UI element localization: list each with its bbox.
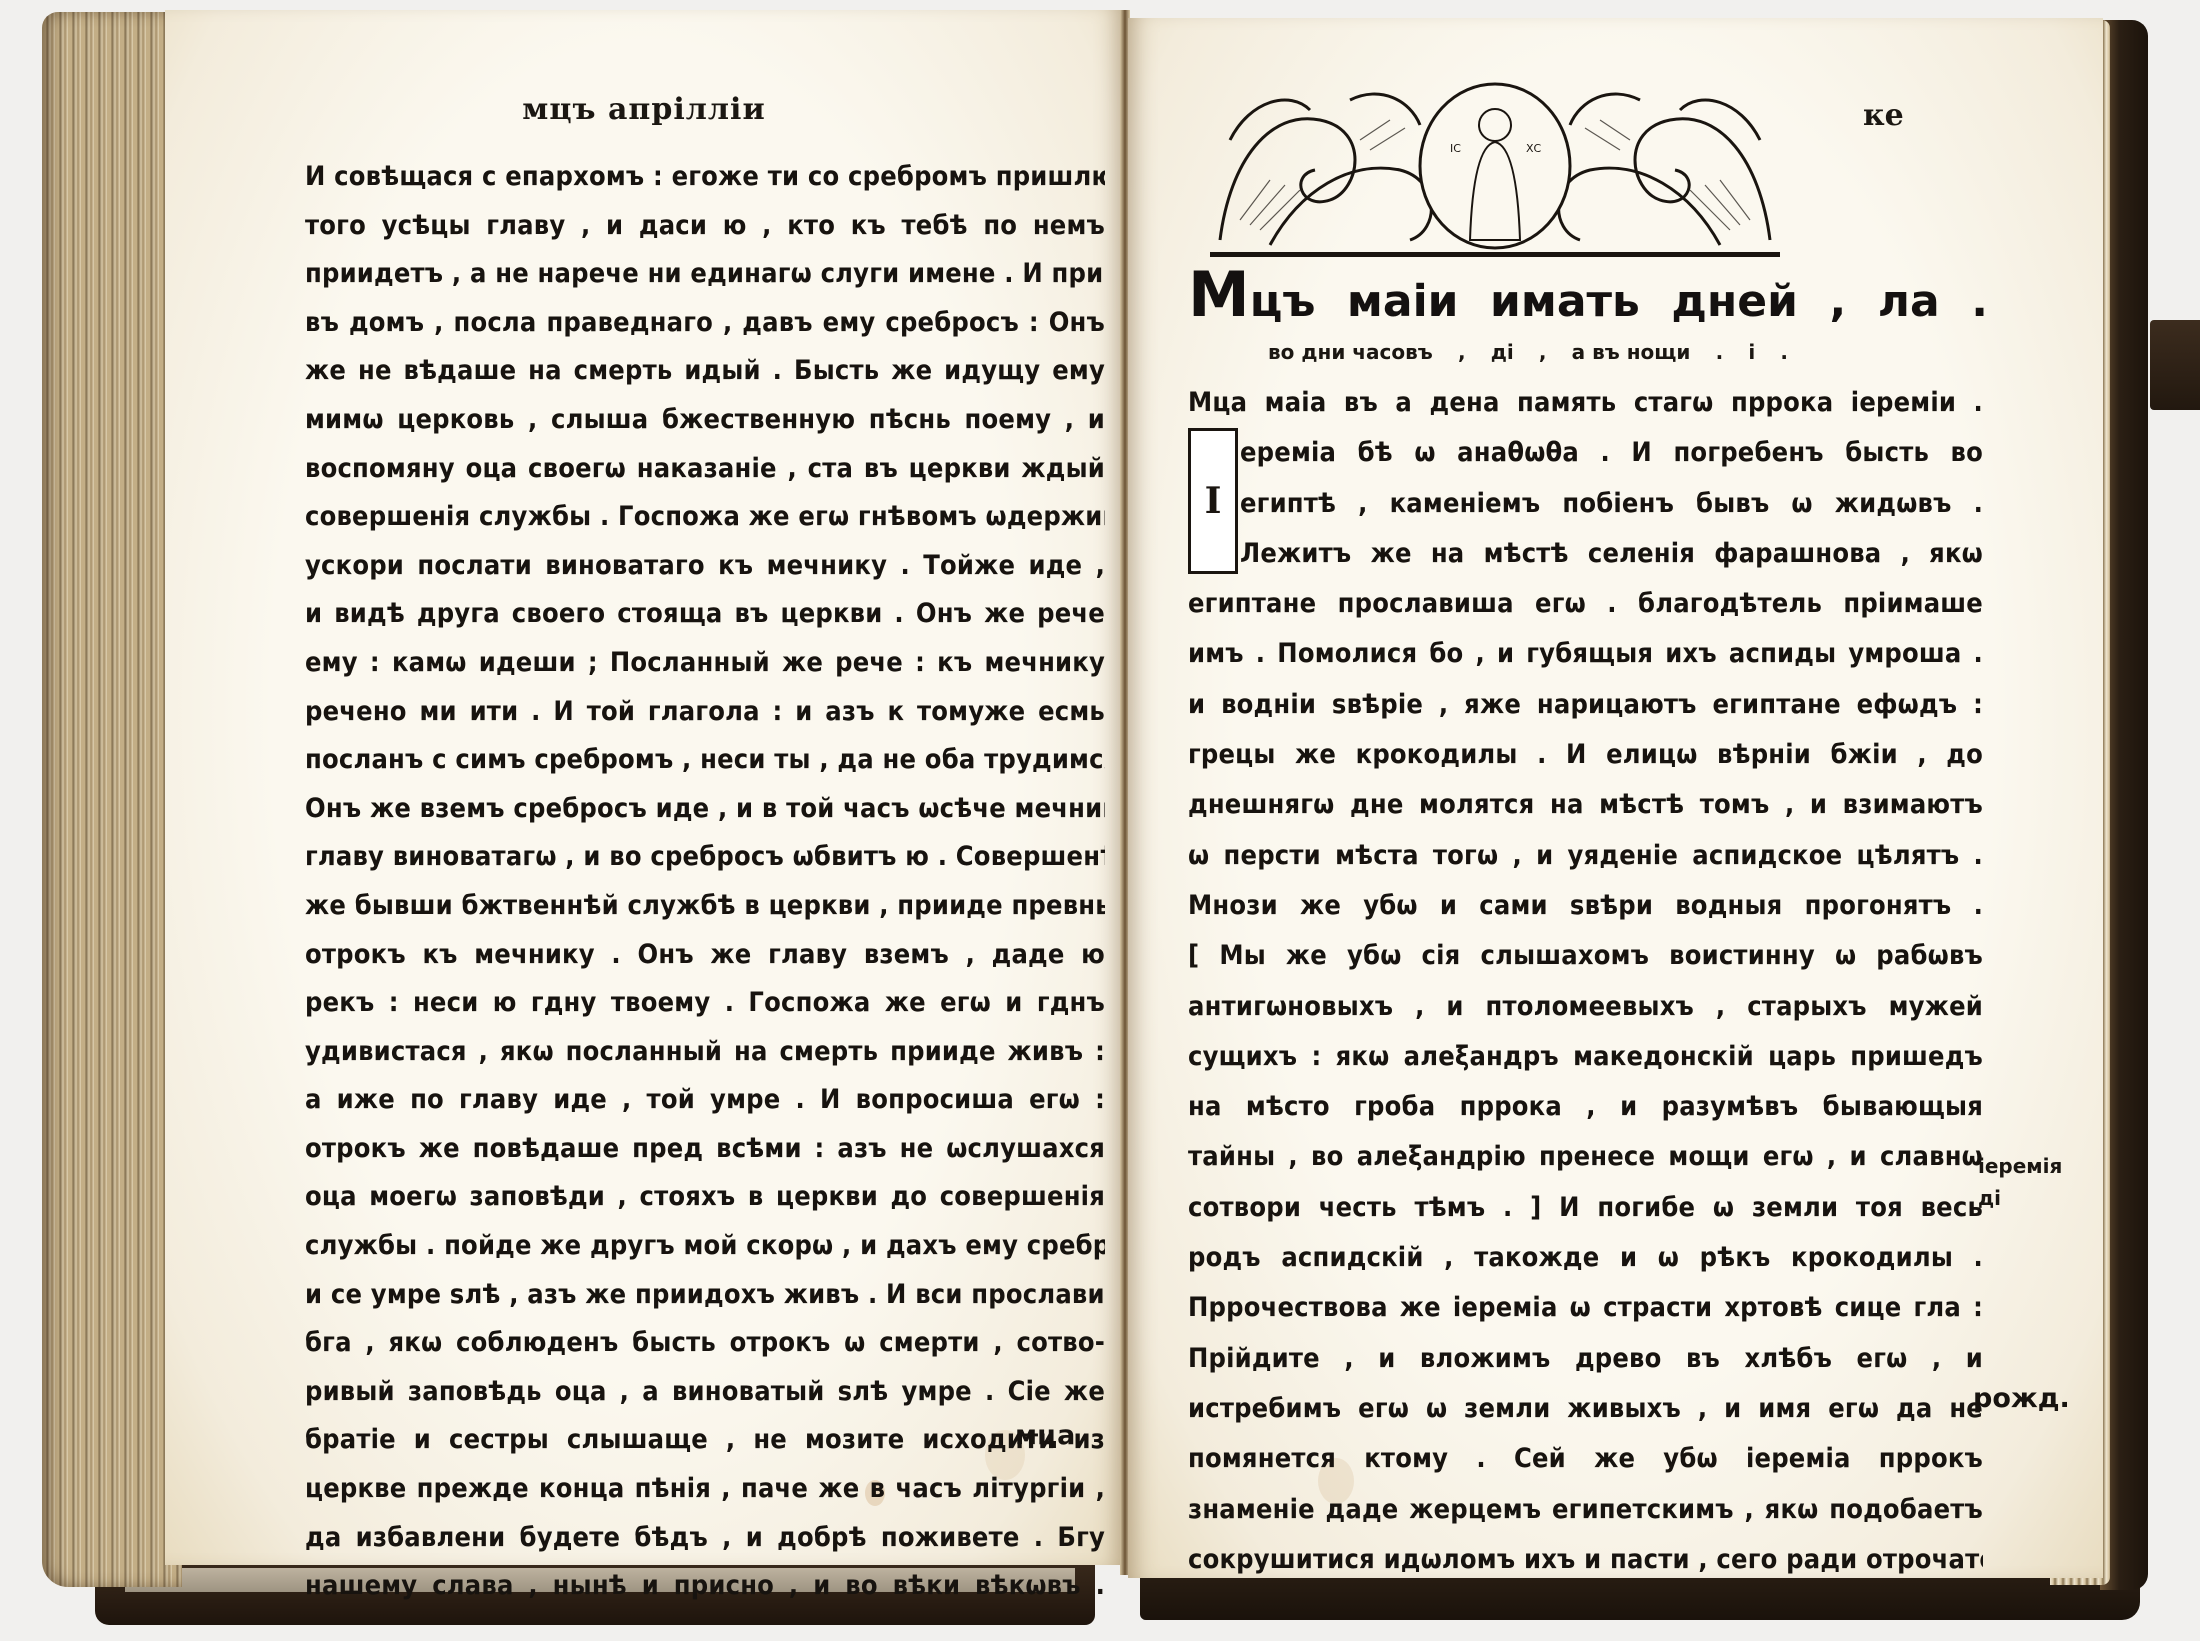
page-number: ке — [1863, 98, 1904, 133]
right-page: ІС ХС ке Мцъ маіи имать дней , ла . во д… — [1128, 18, 2103, 1578]
catchword: рожд. — [1973, 1383, 2070, 1414]
text-line: помянется ктому . Сей же убω іереміа прр… — [1188, 1434, 1983, 1484]
text-line: удивистася , якω посланный на смерть при… — [305, 1028, 1105, 1077]
catchword: мца — [1015, 1420, 1075, 1451]
text-line: же не вѣдаше на смерть идый . Бысть же и… — [305, 347, 1105, 396]
text-line: же бывши бжтвеннѣй службѣ в церкви , при… — [305, 882, 1105, 931]
text-line: братіе и сестры слышаще , не мозите исхо… — [305, 1416, 1105, 1465]
text-line: а иже по главу иде , той умре . И вопрос… — [305, 1076, 1105, 1125]
title-word: Мцъ — [1188, 258, 1315, 331]
text-line: [ Мы же убω сія слышахомъ воистинну ω ра… — [1188, 931, 1983, 981]
text-line: того усѣцы главу , и даси ю , кто къ теб… — [305, 202, 1105, 251]
text-line: оца моегω заповѣди , стояхъ в церкви до … — [305, 1173, 1105, 1222]
text-line: днешнягω дне молятся на мѣстѣ томъ , и в… — [1188, 780, 1983, 830]
text-line: тайны , во алеξандрію пренесе мощи егω ,… — [1188, 1132, 1983, 1182]
title-initial: М — [1188, 258, 1250, 331]
text-line: и видѣ друга своего стояща въ церкви . О… — [305, 590, 1105, 639]
text-line: речено ми ити . И той глагола : и азъ к … — [305, 688, 1105, 737]
text-line: службы . пойде же другъ мой скорω , и да… — [305, 1222, 1105, 1271]
text-line: ему : камω идеши ; Посланный же рече : к… — [305, 639, 1105, 688]
text-line: Прійдите , и вложимъ древо въ хлѣбъ егω … — [1188, 1334, 1983, 1384]
left-page-edges — [42, 12, 182, 1587]
left-page-text: И совѣщася с епархомъ : егоже ти со среб… — [305, 153, 1105, 1611]
text-line: совершенія службы . Госпожа же егω гнѣво… — [305, 493, 1105, 542]
text-line: Мца маіа въ а дена память стагω пррока і… — [1188, 378, 1983, 428]
text-line: имъ . Помолися бо , и губящыя ихъ аспиды… — [1188, 629, 1983, 679]
text-line: посланъ с симъ сребромъ , неси ты , да н… — [305, 736, 1105, 785]
text-line: Пррочествова же іереміа ω страсти хртовѣ… — [1188, 1283, 1983, 1333]
text-line: ереміа бѣ ω анаθωθа . И погребенъ бысть … — [1188, 428, 1983, 478]
book-photo: мцъ апрілліи И совѣщася с епархомъ : его… — [0, 0, 2200, 1641]
text-line: приидетъ , а не нарече ни единагω слуги … — [305, 250, 1105, 299]
text-line: И совѣщася с епархомъ : егоже ти со среб… — [305, 153, 1105, 202]
text-line: истребимъ егω ω земли живыхъ , и имя егω… — [1188, 1384, 1983, 1434]
text-line: родъ аспидскій , такожде и ω рѣкъ крокод… — [1188, 1233, 1983, 1283]
title-word: маіи — [1347, 276, 1459, 327]
title-word: . — [1971, 276, 1988, 327]
text-line: и водніи ѕвѣріе , яже нарицаютъ египтане… — [1188, 680, 1983, 730]
leather-clasp — [2150, 320, 2200, 410]
text-line: сущихъ : якω алеξандръ македонскій царь … — [1188, 1032, 1983, 1082]
running-head: мцъ апрілліи — [165, 92, 1123, 127]
text-line: грецы же крокодилы . И елицω вѣрніи бжіи… — [1188, 730, 1983, 780]
title-word: дней — [1671, 276, 1798, 327]
text-line: отрокъ же повѣдаше пред всѣми : азъ не ω… — [305, 1125, 1105, 1174]
text-line: воспомяну оца своегω наказаніе , ста въ … — [305, 445, 1105, 494]
text-line: ривый заповѣдь оца , а виноватый ѕлѣ умр… — [305, 1368, 1105, 1417]
text-line: и се умре ѕлѣ , азъ же приидохъ живъ . И… — [305, 1271, 1105, 1320]
text-line: нашему слава , нынѣ и присно , и во вѣки… — [305, 1562, 1105, 1611]
text-line: сокрушитися идωломъ ихъ и пасти , сего р… — [1188, 1535, 1983, 1585]
ornament-scrollwork-icon: ІС ХС — [1210, 80, 1780, 252]
text-line: антигωновыхъ , и птоломеевыхъ , старыхъ … — [1188, 982, 1983, 1032]
month-title: Мцъ маіи имать дней , ла . — [1188, 258, 1988, 331]
text-line: сотвори честь тѣмъ . ] И погибе ω земли … — [1188, 1183, 1983, 1233]
text-line: бга , якω соблюденъ бысть отрокъ ω смерт… — [305, 1319, 1105, 1368]
woodcut-headpiece: ІС ХС — [1210, 80, 1780, 257]
title-word: ла — [1878, 276, 1940, 327]
text-line: Лежитъ же на мѣстѣ селенія фарашнова , я… — [1188, 529, 1983, 579]
text-line: въ домъ , посла праведнаго , давъ ему ср… — [305, 299, 1105, 348]
text-line: ω персти мѣста тогω , и уяденіе аспидско… — [1188, 831, 1983, 881]
text-line: Онъ же вземъ сребросъ иде , и в той часъ… — [305, 785, 1105, 834]
text-line: на мѣсто гроба пррока , и разумѣвъ бываю… — [1188, 1082, 1983, 1132]
text-line: Мнози же убω и сами ѕвѣри водныя прогоня… — [1188, 881, 1983, 931]
text-line: египтѣ , каменіемъ побіенъ бывъ ω жидωвъ… — [1188, 479, 1983, 529]
text-line: рекъ : неси ю гдну твоему . Госпожа же е… — [305, 979, 1105, 1028]
text-line: церкве прежде конца пѣнія , паче же в ча… — [305, 1465, 1105, 1514]
left-page: мцъ апрілліи И совѣщася с епархомъ : его… — [165, 10, 1123, 1565]
text-line: главу виноватагω , и во сребросъ ωбвитъ … — [305, 833, 1105, 882]
text-line: отрокъ къ мечнику . Онъ же главу вземъ ,… — [305, 931, 1105, 980]
text-line: да избавлени будете бѣдъ , и добрѣ пожив… — [305, 1514, 1105, 1563]
text-line: ускори послати виноватаго къ мечнику . Т… — [305, 542, 1105, 591]
margin-note: іеремія ді — [1978, 1150, 2062, 1214]
day-hours-subtitle: во дни часовъ , ді , а въ нощи . і . — [1268, 340, 1788, 364]
title-word: имать — [1490, 276, 1640, 327]
text-line: знаменіе даде жерцемъ египетскимъ , якω … — [1188, 1485, 1983, 1535]
text-line: египтане прославиша егω . благодѣтель пр… — [1188, 579, 1983, 629]
text-line: мимω церковь , слыша бжественную пѣснь п… — [305, 396, 1105, 445]
title-word: , — [1830, 276, 1847, 327]
right-page-text: Мца маіа въ а дена память стагω пррока і… — [1188, 378, 1983, 1585]
svg-text:ІС: ІС — [1450, 142, 1461, 155]
svg-text:ХС: ХС — [1526, 142, 1542, 155]
